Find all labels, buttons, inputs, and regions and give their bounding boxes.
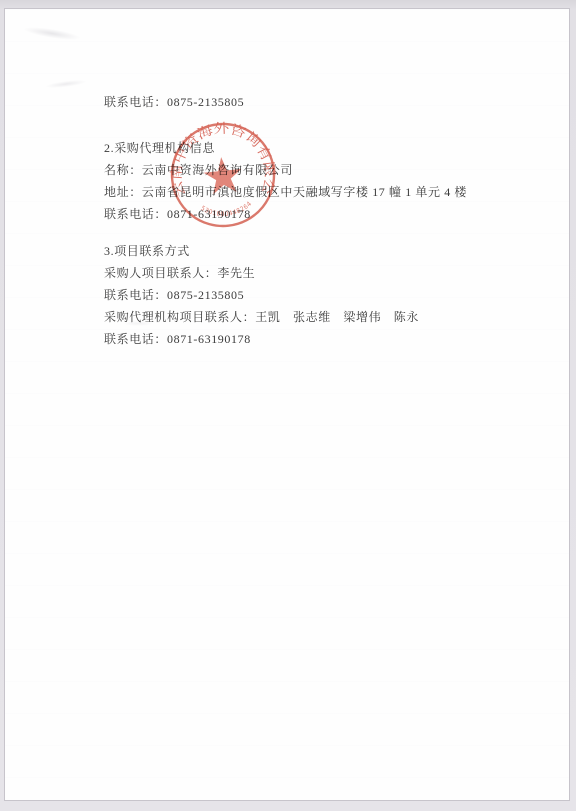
- svg-text:5301000448264: 5301000448264: [199, 199, 255, 221]
- purchaser-contact-line: 采购人项目联系人：李先生: [104, 265, 255, 281]
- section-3-heading: 3.项目联系方式: [104, 243, 190, 259]
- scanned-page-background: 联系电话：0875-2135805 2.采购代理机构信息 名称：云南中资海外咨询…: [0, 0, 576, 811]
- contact-phone-line: 联系电话：0875-2135805: [104, 94, 244, 110]
- agency-contact-persons-line: 采购代理机构项目联系人：王凯 张志维 梁增伟 陈永: [104, 309, 419, 325]
- purchaser-phone-line: 联系电话：0875-2135805: [104, 287, 244, 303]
- seal-serial-number: 5301000448264: [199, 199, 255, 221]
- agency-address-line: 地址：云南省昆明市滇池度假区中天融域写字楼 17 幢 1 单元 4 楼: [104, 184, 467, 200]
- agency-contact-phone-line: 联系电话：0871-63190178: [104, 331, 251, 347]
- document-page: 联系电话：0875-2135805 2.采购代理机构信息 名称：云南中资海外咨询…: [4, 8, 570, 801]
- company-seal: 云南中资海外咨询有限公司 5301000448264: [164, 116, 283, 235]
- seal-star-icon: [202, 155, 244, 195]
- scan-artifact: [45, 78, 87, 89]
- scan-artifact: [23, 25, 82, 43]
